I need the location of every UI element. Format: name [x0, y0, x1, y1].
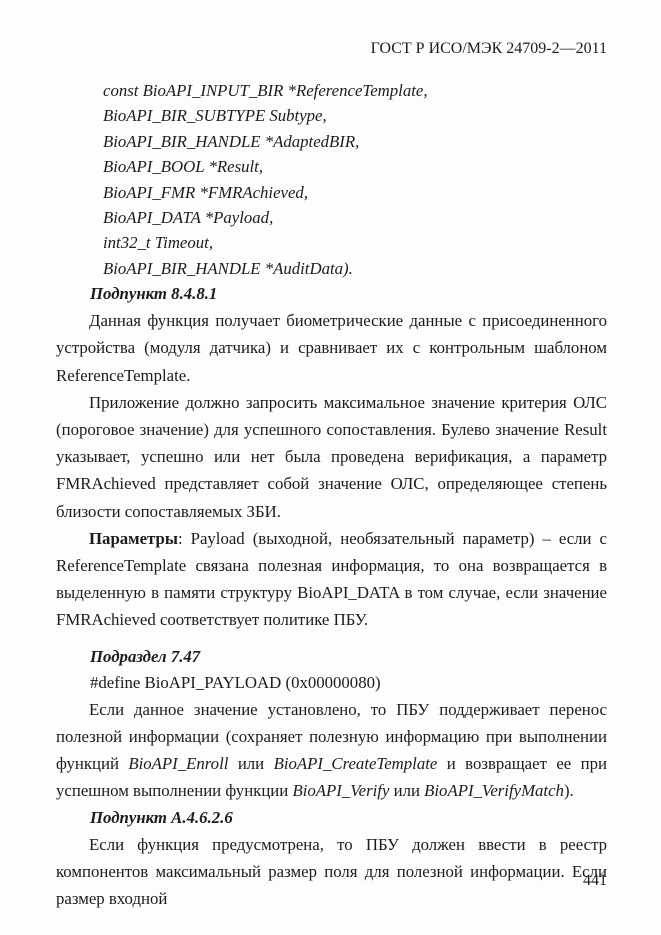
heading-subsection-7-47: Подраздел 7.47: [90, 644, 607, 670]
code-block: const BioAPI_INPUT_BIR *ReferenceTemplat…: [103, 78, 607, 281]
code-line: BioAPI_BIR_SUBTYPE Subtype,: [103, 103, 607, 128]
code-line: BioAPI_BIR_HANDLE *AdaptedBIR,: [103, 129, 607, 154]
paragraph-function-description: Данная функция получает биометрические д…: [56, 307, 607, 389]
function-name: BioAPI_CreateTemplate: [274, 754, 438, 773]
define-statement: #define BioAPI_PAYLOAD (0x00000080): [90, 670, 607, 696]
standard-designation: ГОСТ Р ИСО/МЭК 24709-2—2011: [371, 40, 607, 57]
document-page: ГОСТ Р ИСО/МЭК 24709-2—2011 const BioAPI…: [0, 0, 661, 935]
code-line: BioAPI_BIR_HANDLE *AuditData).: [103, 256, 607, 281]
parameters-label: Параметры: [89, 529, 178, 548]
code-line: const BioAPI_INPUT_BIR *ReferenceTemplat…: [103, 78, 607, 103]
heading-subclause-a-4-6-2-6: Подпункт А.4.6.2.6: [90, 805, 607, 831]
page-header: ГОСТ Р ИСО/МЭК 24709-2—2011: [56, 40, 607, 57]
heading-subclause-8-4-8-1: Подпункт 8.4.8.1: [90, 281, 607, 307]
paragraph-parameters: Параметры: Payload (выходной, необязател…: [56, 525, 607, 634]
page-number: 441: [583, 872, 607, 890]
function-name: BioAPI_Verify: [292, 781, 389, 800]
paragraph-text: или: [228, 754, 273, 773]
function-name: BioAPI_VerifyMatch: [424, 781, 564, 800]
paragraph-text: Данная функция получает биометрические д…: [56, 311, 607, 384]
code-line: int32_t Timeout,: [103, 230, 607, 255]
paragraph-application-request: Приложение должно запросить максимальное…: [56, 389, 607, 525]
paragraph-text: или: [389, 781, 424, 800]
paragraph-text: Если функция предусмотрена, то ПБУ долже…: [56, 835, 607, 908]
paragraph-registry-requirement: Если функция предусмотрена, то ПБУ долже…: [56, 831, 607, 913]
code-line: BioAPI_FMR *FMRAchieved,: [103, 180, 607, 205]
function-name: BioAPI_Enroll: [128, 754, 228, 773]
code-line: BioAPI_DATA *Payload,: [103, 205, 607, 230]
code-line: BioAPI_BOOL *Result,: [103, 154, 607, 179]
paragraph-text: Приложение должно запросить максимальное…: [56, 393, 607, 521]
paragraph-payload-support: Если данное значение установлено, то ПБУ…: [56, 696, 607, 805]
paragraph-text: ).: [564, 781, 574, 800]
